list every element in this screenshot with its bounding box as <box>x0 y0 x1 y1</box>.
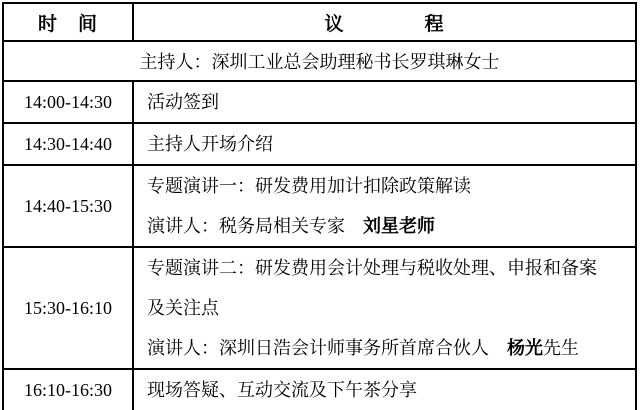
agenda-text: 活动签到 <box>147 92 219 112</box>
agenda-rows: 14:00-14:30活动签到14:30-14:40主持人开场介绍14:40-1… <box>3 81 636 410</box>
time-cell: 14:40-15:30 <box>3 165 133 247</box>
agenda-page: 时 间 议 程 主持人：深圳工业总会助理秘书长罗琪琳女士 14:00-14:30… <box>0 0 641 410</box>
agenda-text: 演讲人：税务局相关专家 <box>147 216 363 236</box>
table-row: 14:00-14:30活动签到 <box>3 81 636 123</box>
agenda-line: 及关注点 <box>147 288 629 328</box>
agenda-text: 及关注点 <box>147 298 219 318</box>
header-agenda-label: 议 程 <box>133 3 636 41</box>
agenda-cell: 活动签到 <box>133 81 636 123</box>
agenda-line: 演讲人：税务局相关专家 刘星老师 <box>147 206 629 246</box>
speaker-name-bold: 刘星老师 <box>363 216 435 236</box>
host-text: 主持人：深圳工业总会助理秘书长罗琪琳女士 <box>3 41 636 81</box>
host-row: 主持人：深圳工业总会助理秘书长罗琪琳女士 <box>3 41 636 81</box>
agenda-text: 专题演讲二：研发费用会计处理与税收处理、申报和备案 <box>147 258 597 278</box>
table-row: 14:40-15:30专题演讲一：研发费用加计扣除政策解读演讲人：税务局相关专家… <box>3 165 636 247</box>
agenda-text: 现场答疑、互动交流及下午茶分享 <box>147 380 417 400</box>
agenda-cell: 现场答疑、互动交流及下午茶分享 <box>133 369 636 410</box>
agenda-cell: 主持人开场介绍 <box>133 123 636 165</box>
agenda-text: 专题演讲一：研发费用加计扣除政策解读 <box>147 176 471 196</box>
agenda-table: 时 间 议 程 主持人：深圳工业总会助理秘书长罗琪琳女士 14:00-14:30… <box>2 2 637 410</box>
table-row: 16:10-16:30现场答疑、互动交流及下午茶分享 <box>3 369 636 410</box>
time-cell: 16:10-16:30 <box>3 369 133 410</box>
agenda-cell: 专题演讲二：研发费用会计处理与税收处理、申报和备案及关注点演讲人：深圳日浩会计师… <box>133 247 636 369</box>
agenda-line: 演讲人：深圳日浩会计师事务所首席合伙人 杨光先生 <box>147 328 629 368</box>
time-cell: 14:00-14:30 <box>3 81 133 123</box>
header-time-label: 时 间 <box>3 3 133 41</box>
agenda-cell: 专题演讲一：研发费用加计扣除政策解读演讲人：税务局相关专家 刘星老师 <box>133 165 636 247</box>
agenda-line: 主持人开场介绍 <box>147 124 629 164</box>
time-cell: 14:30-14:40 <box>3 123 133 165</box>
speaker-name-bold: 杨光 <box>507 338 543 358</box>
agenda-text: 先生 <box>543 338 579 358</box>
agenda-text: 主持人开场介绍 <box>147 134 273 154</box>
agenda-line: 活动签到 <box>147 82 629 122</box>
table-row: 14:30-14:40主持人开场介绍 <box>3 123 636 165</box>
time-cell: 15:30-16:10 <box>3 247 133 369</box>
header-row: 时 间 议 程 <box>3 3 636 41</box>
agenda-text: 演讲人：深圳日浩会计师事务所首席合伙人 <box>147 338 507 358</box>
agenda-line: 现场答疑、互动交流及下午茶分享 <box>147 370 629 410</box>
agenda-line: 专题演讲一：研发费用加计扣除政策解读 <box>147 166 629 206</box>
table-row: 15:30-16:10专题演讲二：研发费用会计处理与税收处理、申报和备案及关注点… <box>3 247 636 369</box>
agenda-line: 专题演讲二：研发费用会计处理与税收处理、申报和备案 <box>147 248 629 288</box>
